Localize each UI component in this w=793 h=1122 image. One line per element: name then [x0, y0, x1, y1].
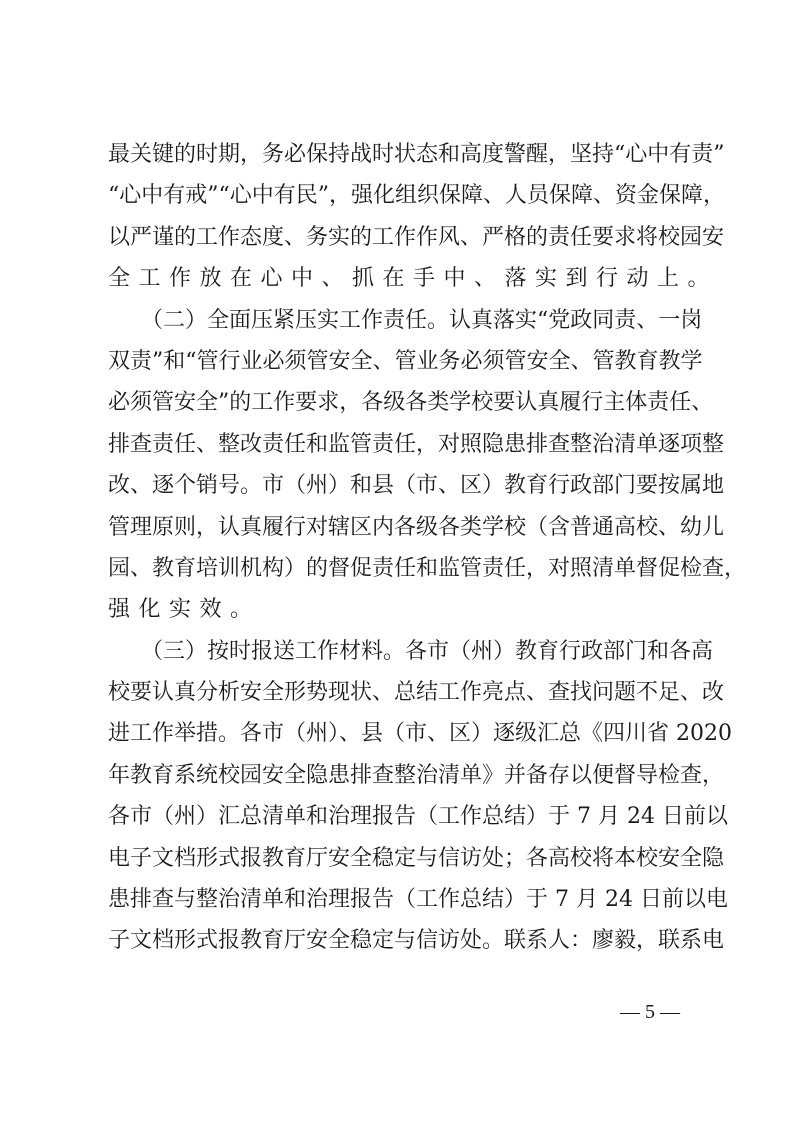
text-line: 电子文档形式报教育厅安全稳定与信访处；各高校将本校安全隐: [108, 838, 692, 879]
text-line: 校要认真分析安全形势现状、总结工作亮点、查找问题不足、改: [108, 672, 692, 713]
text-line: 双责”和“管行业必须管安全、管业务必须管安全、管教育教学: [108, 341, 692, 382]
page-number: — 5 —: [600, 1001, 700, 1024]
text-line: 各市（州）汇总清单和治理报告（工作总结）于 7 月 24 日前以: [108, 796, 692, 837]
text-line: 患排查与整治清单和治理报告（工作总结）于 7 月 24 日前以电: [108, 879, 692, 920]
text-line: 园、教育培训机构）的督促责任和监管责任，对照清单督促检查，: [108, 548, 692, 589]
section-heading-line: （三）按时报送工作材料。各市（州）教育行政部门和各高: [108, 631, 692, 672]
text-line: 排查责任、整改责任和监管责任，对照隐患排查整治清单逐项整: [108, 424, 692, 465]
document-page: 最关键的时期，务必保持战时状态和高度警醒，坚持“心中有责” “心中有戒”“心中有…: [0, 0, 793, 1122]
text-line: 最关键的时期，务必保持战时状态和高度警醒，坚持“心中有责”: [108, 134, 692, 175]
document-body: 最关键的时期，务必保持战时状态和高度警醒，坚持“心中有责” “心中有戒”“心中有…: [108, 134, 692, 962]
text-line: 进工作举措。各市（州）、县（市、区）逐级汇总《四川省 2020: [108, 713, 692, 754]
text-line: “心中有戒”“心中有民”，强化组织保障、人员保障、资金保障，: [108, 175, 692, 216]
text-line: 必须管安全”的工作要求，各级各类学校要认真履行主体责任、: [108, 382, 692, 423]
text-line: 强化实效。: [108, 589, 692, 630]
text-line: 改、逐个销号。市（州）和县（市、区）教育行政部门要按属地: [108, 465, 692, 506]
text-line: 子文档形式报教育厅安全稳定与信访处。联系人：廖毅，联系电: [108, 920, 692, 961]
section-heading-line: （二）全面压紧压实工作责任。认真落实“党政同责、一岗: [108, 300, 692, 341]
text-line: 管理原则，认真履行对辖区内各级各类学校（含普通高校、幼儿: [108, 507, 692, 548]
text-line: 年教育系统校园安全隐患排查整治清单》并备存以便督导检查，: [108, 755, 692, 796]
text-line: 以严谨的工作态度、务实的工作作风、严格的责任要求将校园安: [108, 217, 692, 258]
text-line: 全工作放在心中、抓在手中、落实到行动上。: [108, 258, 692, 299]
